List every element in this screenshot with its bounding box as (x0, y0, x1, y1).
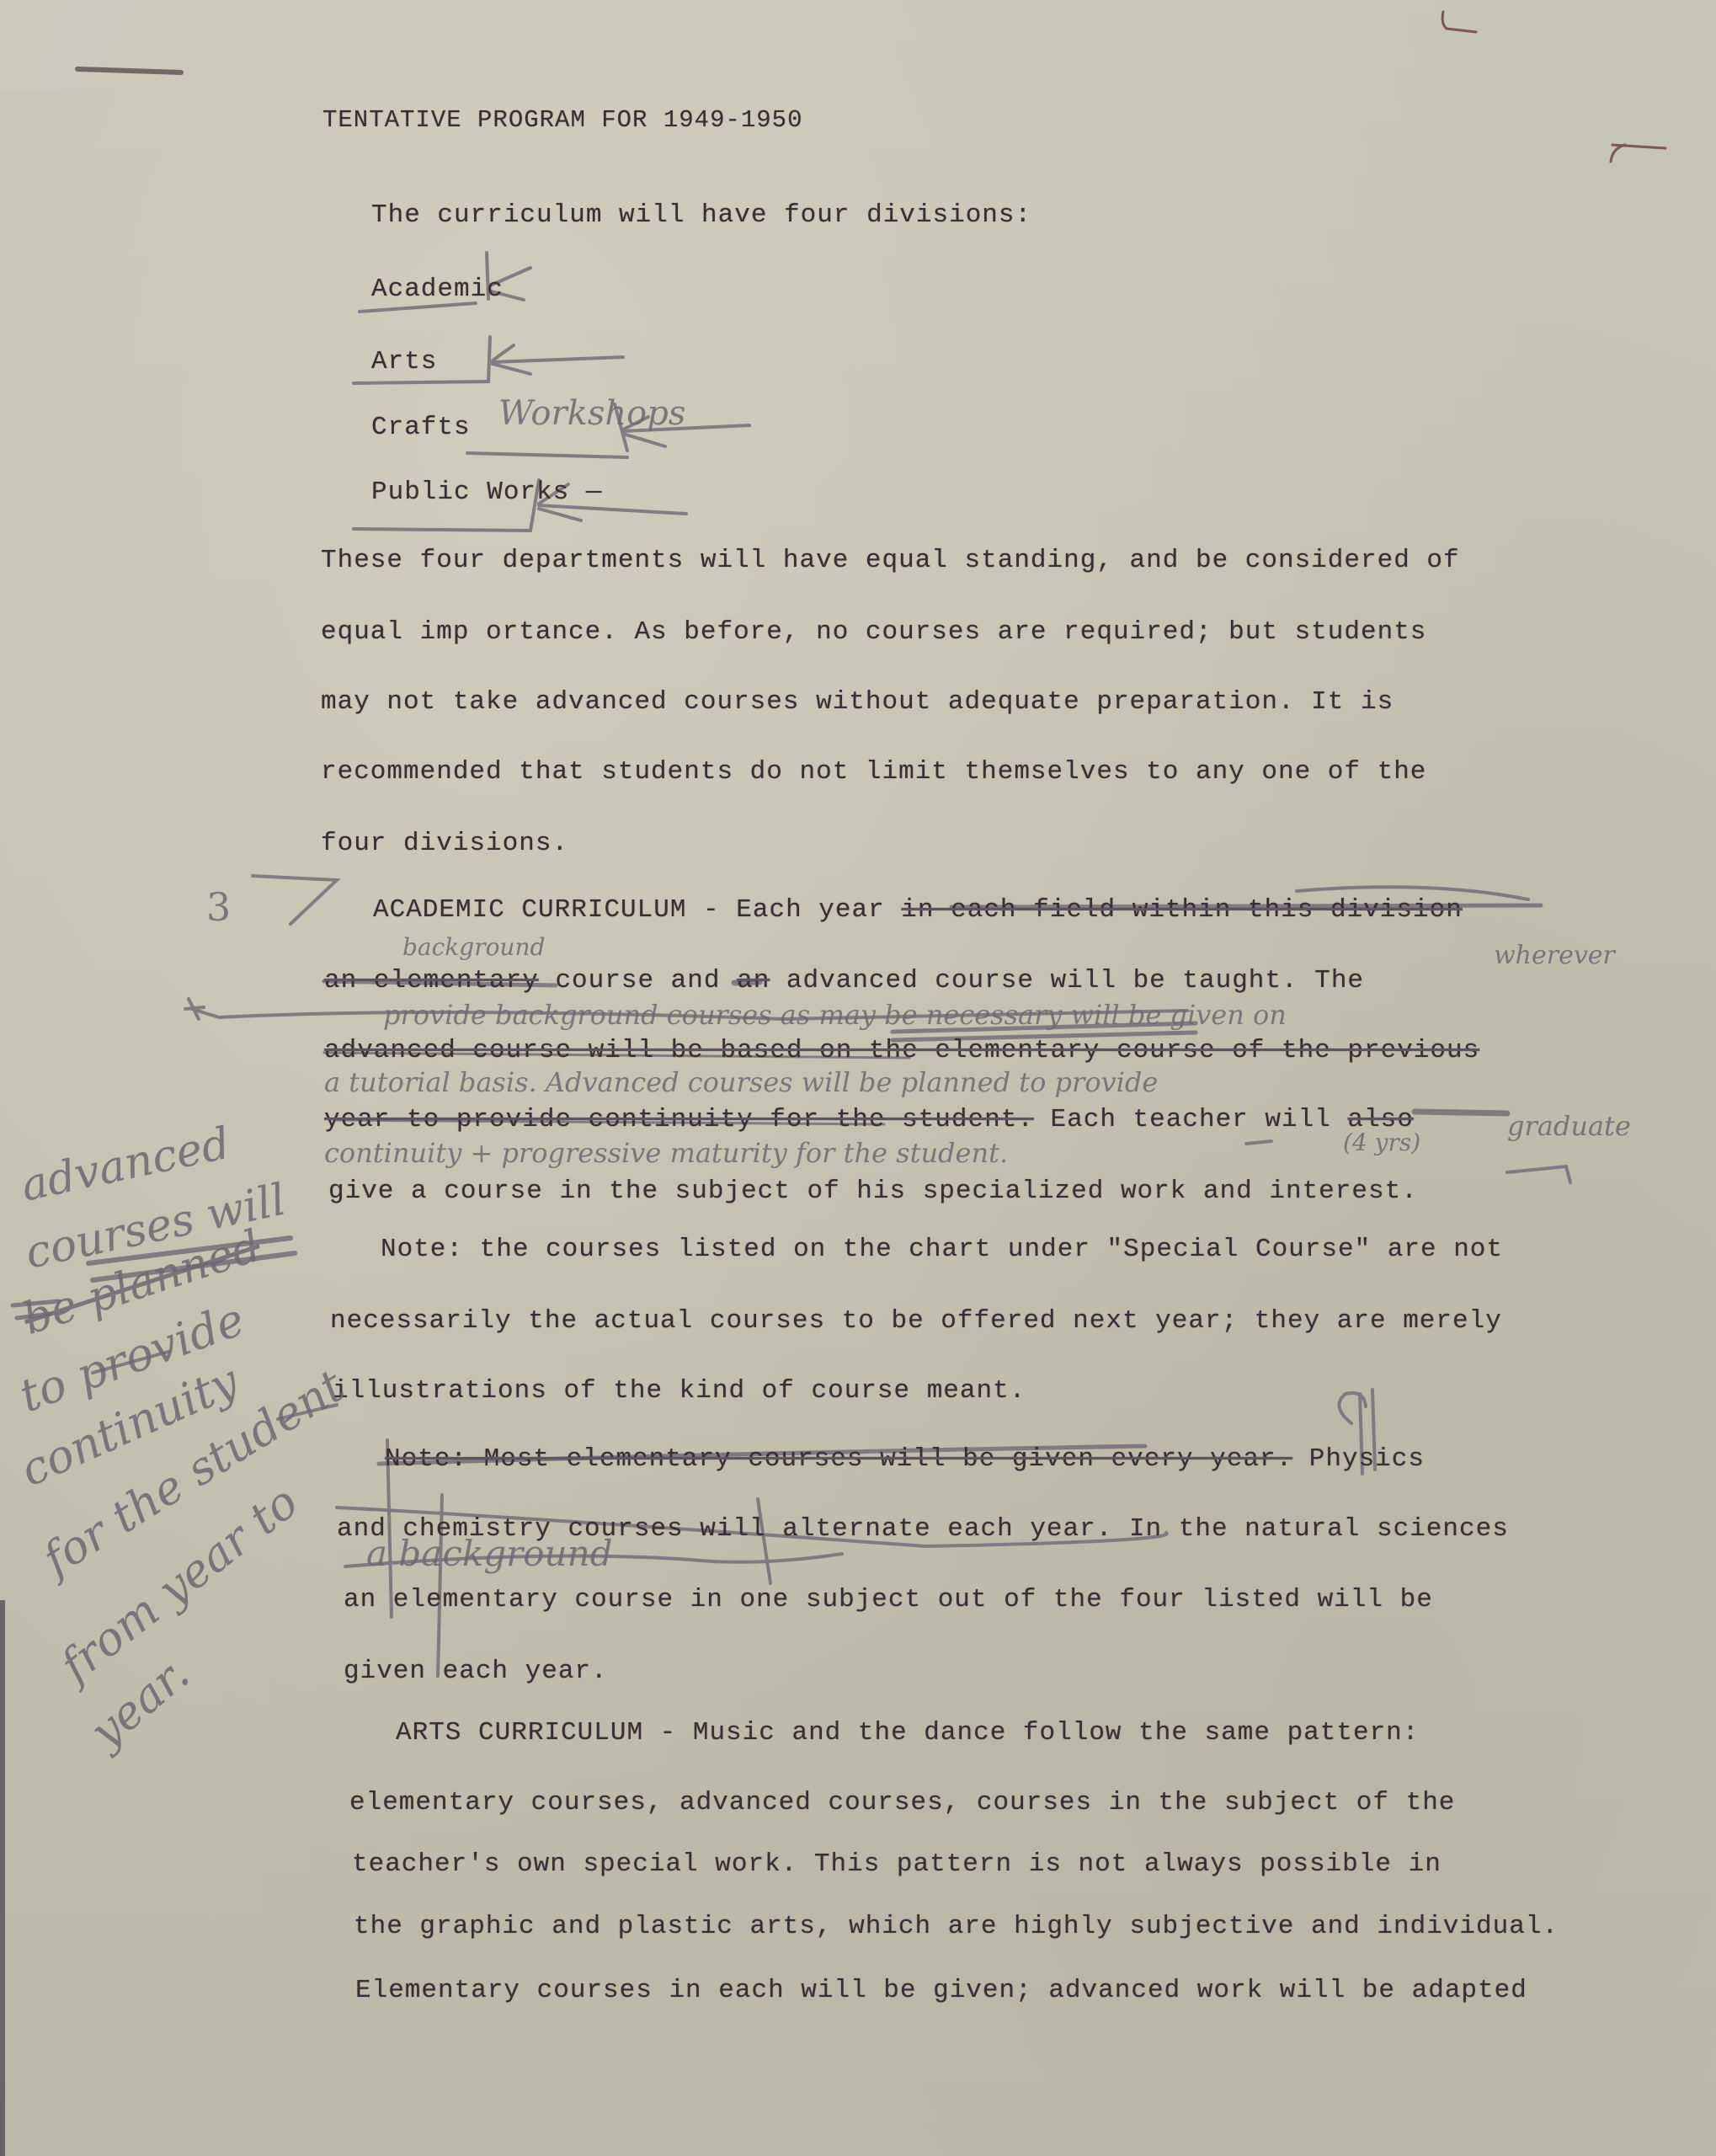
annotation-a-background: a background (366, 1533, 613, 1574)
text-span: advanced course will be taught. The (770, 966, 1364, 995)
note2-line-1: Note: Most elementary courses will be gi… (385, 1444, 1425, 1474)
arts-line: elementary courses, advanced courses, co… (349, 1788, 1455, 1817)
page-edge (0, 1600, 5, 2156)
annotation-workshops: Workshops (498, 394, 685, 433)
annotation-insert-line-1: provide background courses as may be nec… (383, 999, 1287, 1031)
text-span: Physics (1292, 1444, 1425, 1474)
paragraph1-line: equal imp ortance. As before, no courses… (321, 617, 1426, 647)
text-span: course and (539, 966, 737, 995)
intro-text: The curriculum will have four divisions: (371, 200, 1031, 230)
document-title: TENTATIVE PROGRAM FOR 1949-1950 (322, 106, 803, 134)
note1-line: Note: the courses listed on the chart un… (381, 1235, 1503, 1264)
annotation-margin-number: 3 (206, 884, 231, 930)
struck-text: year to provide continuity for the stude… (324, 1105, 1034, 1134)
annotation-wherever: wherever (1494, 941, 1615, 970)
arts-line: Elementary courses in each will be given… (355, 1976, 1527, 2005)
corner-shadow (0, 0, 244, 93)
text-span: Each teacher will (1034, 1105, 1347, 1134)
division-academic: Academic (371, 275, 504, 304)
note1-line: illustrations of the kind of course mean… (333, 1376, 1026, 1406)
academic-line-2: an elementary course and an advanced cou… (324, 966, 1364, 995)
note1-line: necessarily the actual courses to be off… (330, 1306, 1502, 1336)
struck-text: Note: Most elementary courses will be gi… (385, 1444, 1292, 1474)
paragraph1-line: four divisions. (321, 829, 568, 858)
academic-heading: ACADEMIC CURRICULUM - Each year (373, 895, 901, 925)
annotation-insert-line-2: a tutorial basis. Advanced courses will … (324, 1066, 1158, 1098)
struck-text: in each field within this division (901, 895, 1463, 925)
annotation-insert-line-3: continuity + progressive maturity for th… (324, 1137, 1008, 1169)
note2-line-4: given each year. (344, 1657, 608, 1686)
arts-line: teacher's own special work. This pattern… (352, 1849, 1442, 1879)
academic-line-3: advanced course will be based on the ele… (324, 1036, 1479, 1065)
struck-text: an elementary (324, 966, 539, 995)
annotation-background: background (402, 933, 545, 961)
struck-text: an (737, 966, 770, 995)
annotation-graduate: graduate (1507, 1110, 1631, 1142)
division-crafts: Crafts (371, 413, 471, 442)
academic-line-1: ACADEMIC CURRICULUM - Each year in each … (373, 895, 1463, 925)
paragraph1-line: recommended that students do not limit t… (321, 757, 1426, 787)
annotation-years: (4 yrs) (1343, 1129, 1420, 1156)
note2-line-3: an elementary course in one subject out … (344, 1585, 1433, 1614)
arts-line: ARTS CURRICULUM - Music and the dance fo… (396, 1718, 1419, 1748)
division-arts: Arts (371, 347, 437, 376)
paragraph1-line: may not take advanced courses without ad… (321, 687, 1394, 717)
division-public-works: Public Works — (371, 478, 602, 507)
academic-line-5: give a course in the subject of his spec… (328, 1177, 1418, 1206)
arts-line: the graphic and plastic arts, which are … (354, 1912, 1559, 1941)
academic-line-4: year to provide continuity for the stude… (324, 1105, 1414, 1134)
paragraph1-line: These four departments will have equal s… (321, 546, 1460, 575)
